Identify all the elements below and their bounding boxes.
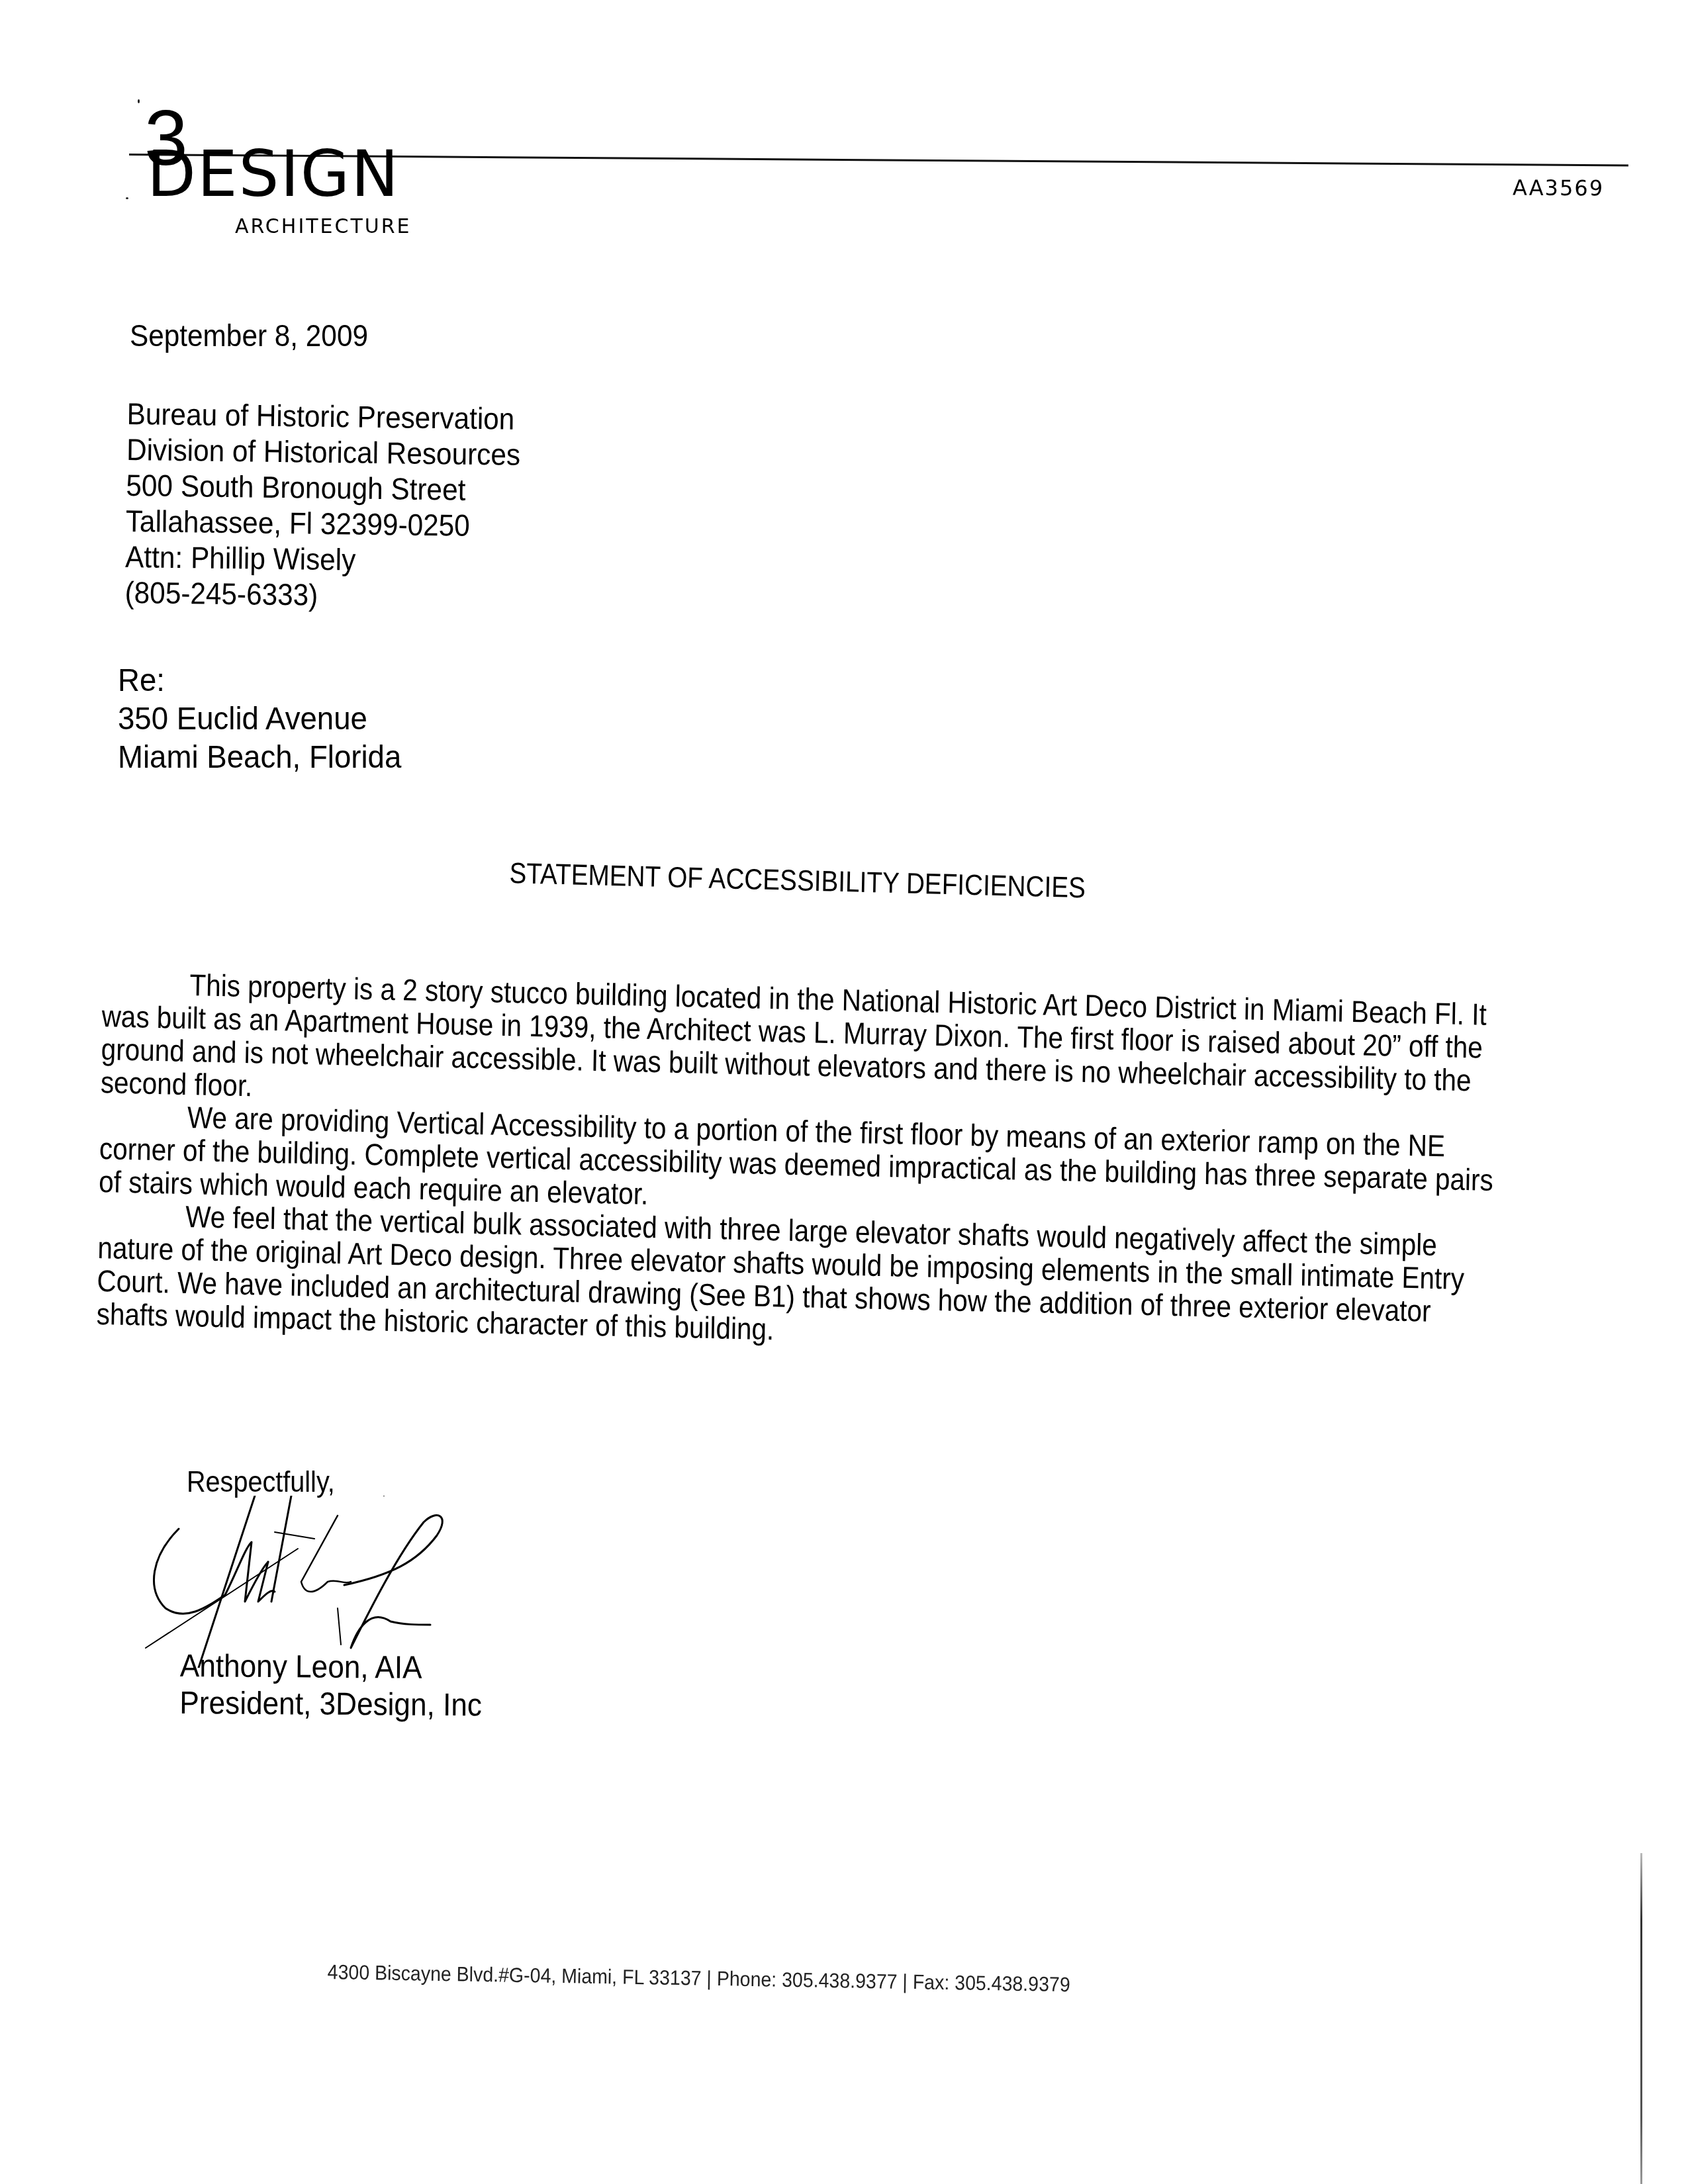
letter-body: This property is a 2 story stucco buildi… — [96, 966, 1512, 1362]
re-label: Re: — [118, 662, 401, 700]
recipient-address: Bureau of Historic Preservation Division… — [124, 396, 521, 615]
subject-reference: Re: 350 Euclid Avenue Miami Beach, Flori… — [118, 662, 401, 777]
document-id: AA3569 — [1513, 175, 1604, 201]
letterhead-footer: 4300 Biscayne Blvd.#G-04, Miami, FL 3313… — [327, 1960, 1070, 1997]
scan-edge-artifact — [1640, 1853, 1642, 2184]
recipient-line: Division of Historical Resources — [126, 432, 521, 473]
recipient-line: (805-245-6333) — [124, 574, 519, 615]
recipient-line: 500 South Bronough Street — [126, 467, 520, 508]
recipient-line: Bureau of Historic Preservation — [126, 396, 521, 437]
letter-date: September 8, 2009 — [130, 318, 368, 353]
logo-subtitle: ARCHITECTURE — [235, 215, 412, 238]
signer-block: Anthony Leon, AIA President, 3Design, In… — [179, 1648, 482, 1724]
signer-title: President, 3Design, Inc — [179, 1685, 482, 1724]
signature-icon — [139, 1496, 549, 1668]
recipient-line: Attn: Phillip Wisely — [125, 539, 520, 580]
logo-wordmark: DESIGN — [147, 142, 400, 206]
scan-speck — [138, 99, 140, 103]
re-line: 350 Euclid Avenue — [118, 700, 401, 739]
re-line: Miami Beach, Florida — [118, 739, 401, 777]
scan-speck — [126, 197, 128, 199]
document-title: STATEMENT OF ACCESSIBILITY DEFICIENCIES — [509, 857, 1086, 905]
signer-name: Anthony Leon, AIA — [180, 1648, 483, 1687]
recipient-line: Tallahassee, Fl 32399-0250 — [126, 503, 520, 544]
closing-salutation: Respectfully, — [187, 1466, 335, 1499]
